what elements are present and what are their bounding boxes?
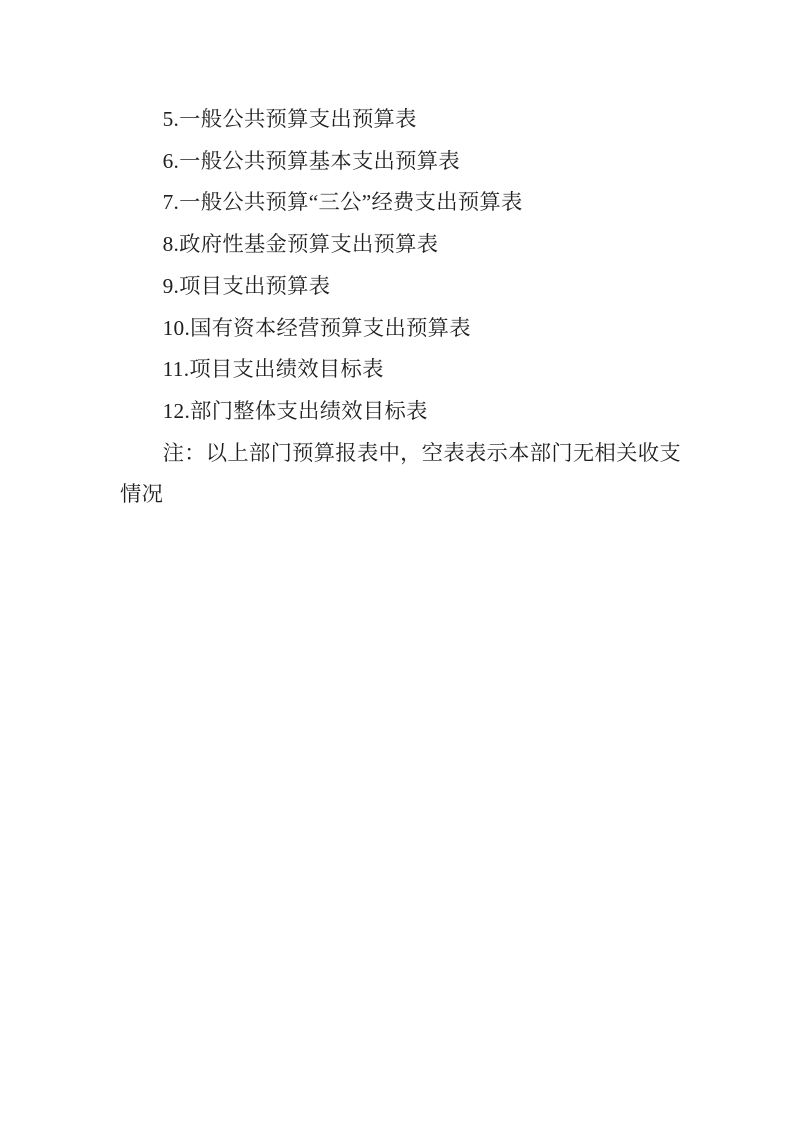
document-body: 5.一般公共预算支出预算表 6.一般公共预算基本支出预算表 7.一般公共预算“三…: [120, 99, 673, 516]
list-item-10: 10.国有资本经营预算支出预算表: [120, 308, 673, 350]
document-page: 5.一般公共预算支出预算表 6.一般公共预算基本支出预算表 7.一般公共预算“三…: [0, 0, 793, 1122]
list-item-8: 8.政府性基金预算支出预算表: [120, 224, 673, 266]
list-item-11: 11.项目支出绩效目标表: [120, 349, 673, 391]
list-item-5: 5.一般公共预算支出预算表: [120, 99, 673, 141]
note-line-1: 注：以上部门预算报表中，空表表示本部门无相关收支: [120, 433, 673, 475]
list-item-6: 6.一般公共预算基本支出预算表: [120, 141, 673, 183]
list-item-12: 12.部门整体支出绩效目标表: [120, 391, 673, 433]
list-item-9: 9.项目支出预算表: [120, 266, 673, 308]
note-line-2: 情况: [120, 474, 673, 516]
list-item-7: 7.一般公共预算“三公”经费支出预算表: [120, 182, 673, 224]
